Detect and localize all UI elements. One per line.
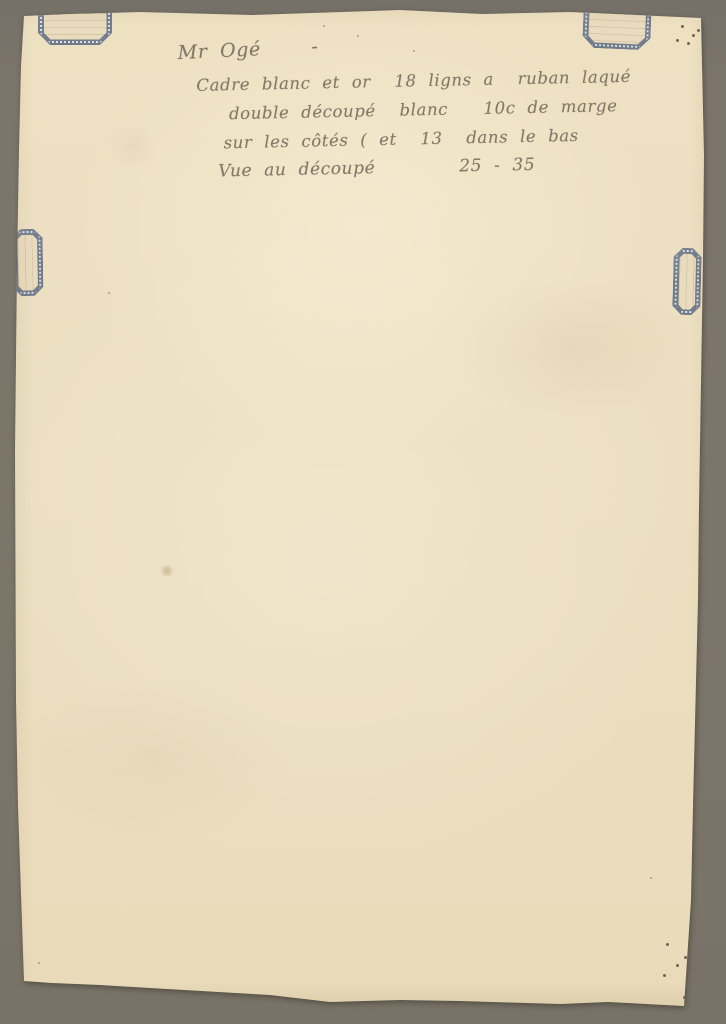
- foxing-speck: [684, 956, 687, 959]
- foxing-speck: [666, 943, 669, 946]
- inscription-line-1: Cadre blanc et or 18 ligns a ruban laqué: [196, 67, 631, 95]
- foxing-speck: [676, 964, 679, 967]
- inscription-line-name: Mr Ogé -: [177, 36, 319, 65]
- mounting-corner-middle-right: [672, 248, 702, 316]
- mounting-corner-top-right: [582, 0, 652, 50]
- inscription-line-4: Vue au découpé 25 - 35: [218, 155, 535, 182]
- mount-inner-paper: [44, 6, 107, 40]
- foxing-speck: [687, 42, 690, 45]
- inscription-line-2: double découpé blanc 10c de marge: [229, 96, 618, 123]
- inscription-line-3: sur les côtés ( et 13 dans le bas: [223, 126, 579, 152]
- photograph-of-document-verso: Mr Ogé - Cadre blanc et or 18 ligns a ru…: [0, 0, 726, 1024]
- foxing-speck: [663, 974, 666, 977]
- mount-inner-paper: [678, 253, 696, 309]
- foxing-speck: [683, 996, 686, 999]
- foxing-speck: [676, 39, 679, 42]
- foxing-speck: [323, 25, 325, 27]
- foxing-speck: [686, 977, 689, 980]
- foxing-speck: [108, 292, 110, 294]
- mounting-corner-middle-left: [11, 229, 43, 297]
- paper-edge-shading: [12, 6, 712, 1011]
- paper-sheet-verso: Mr Ogé - Cadre blanc et or 18 ligns a ru…: [12, 6, 712, 1011]
- foxing-speck: [413, 50, 415, 52]
- paper-stain: [102, 126, 162, 166]
- foxing-speck: [692, 34, 695, 37]
- foxing-speck: [650, 877, 652, 879]
- foxing-speck: [38, 962, 40, 964]
- foxing-speck: [357, 35, 359, 37]
- mounting-corner-top-left: [38, 0, 112, 45]
- mount-inner-paper: [17, 234, 38, 290]
- foxing-speck: [697, 29, 700, 32]
- mount-inner-paper: [588, 4, 647, 44]
- foxing-speck: [681, 25, 684, 28]
- paper-sheet-wrapper: Mr Ogé - Cadre blanc et or 18 ligns a ru…: [12, 6, 712, 1011]
- paper-stain: [160, 565, 174, 577]
